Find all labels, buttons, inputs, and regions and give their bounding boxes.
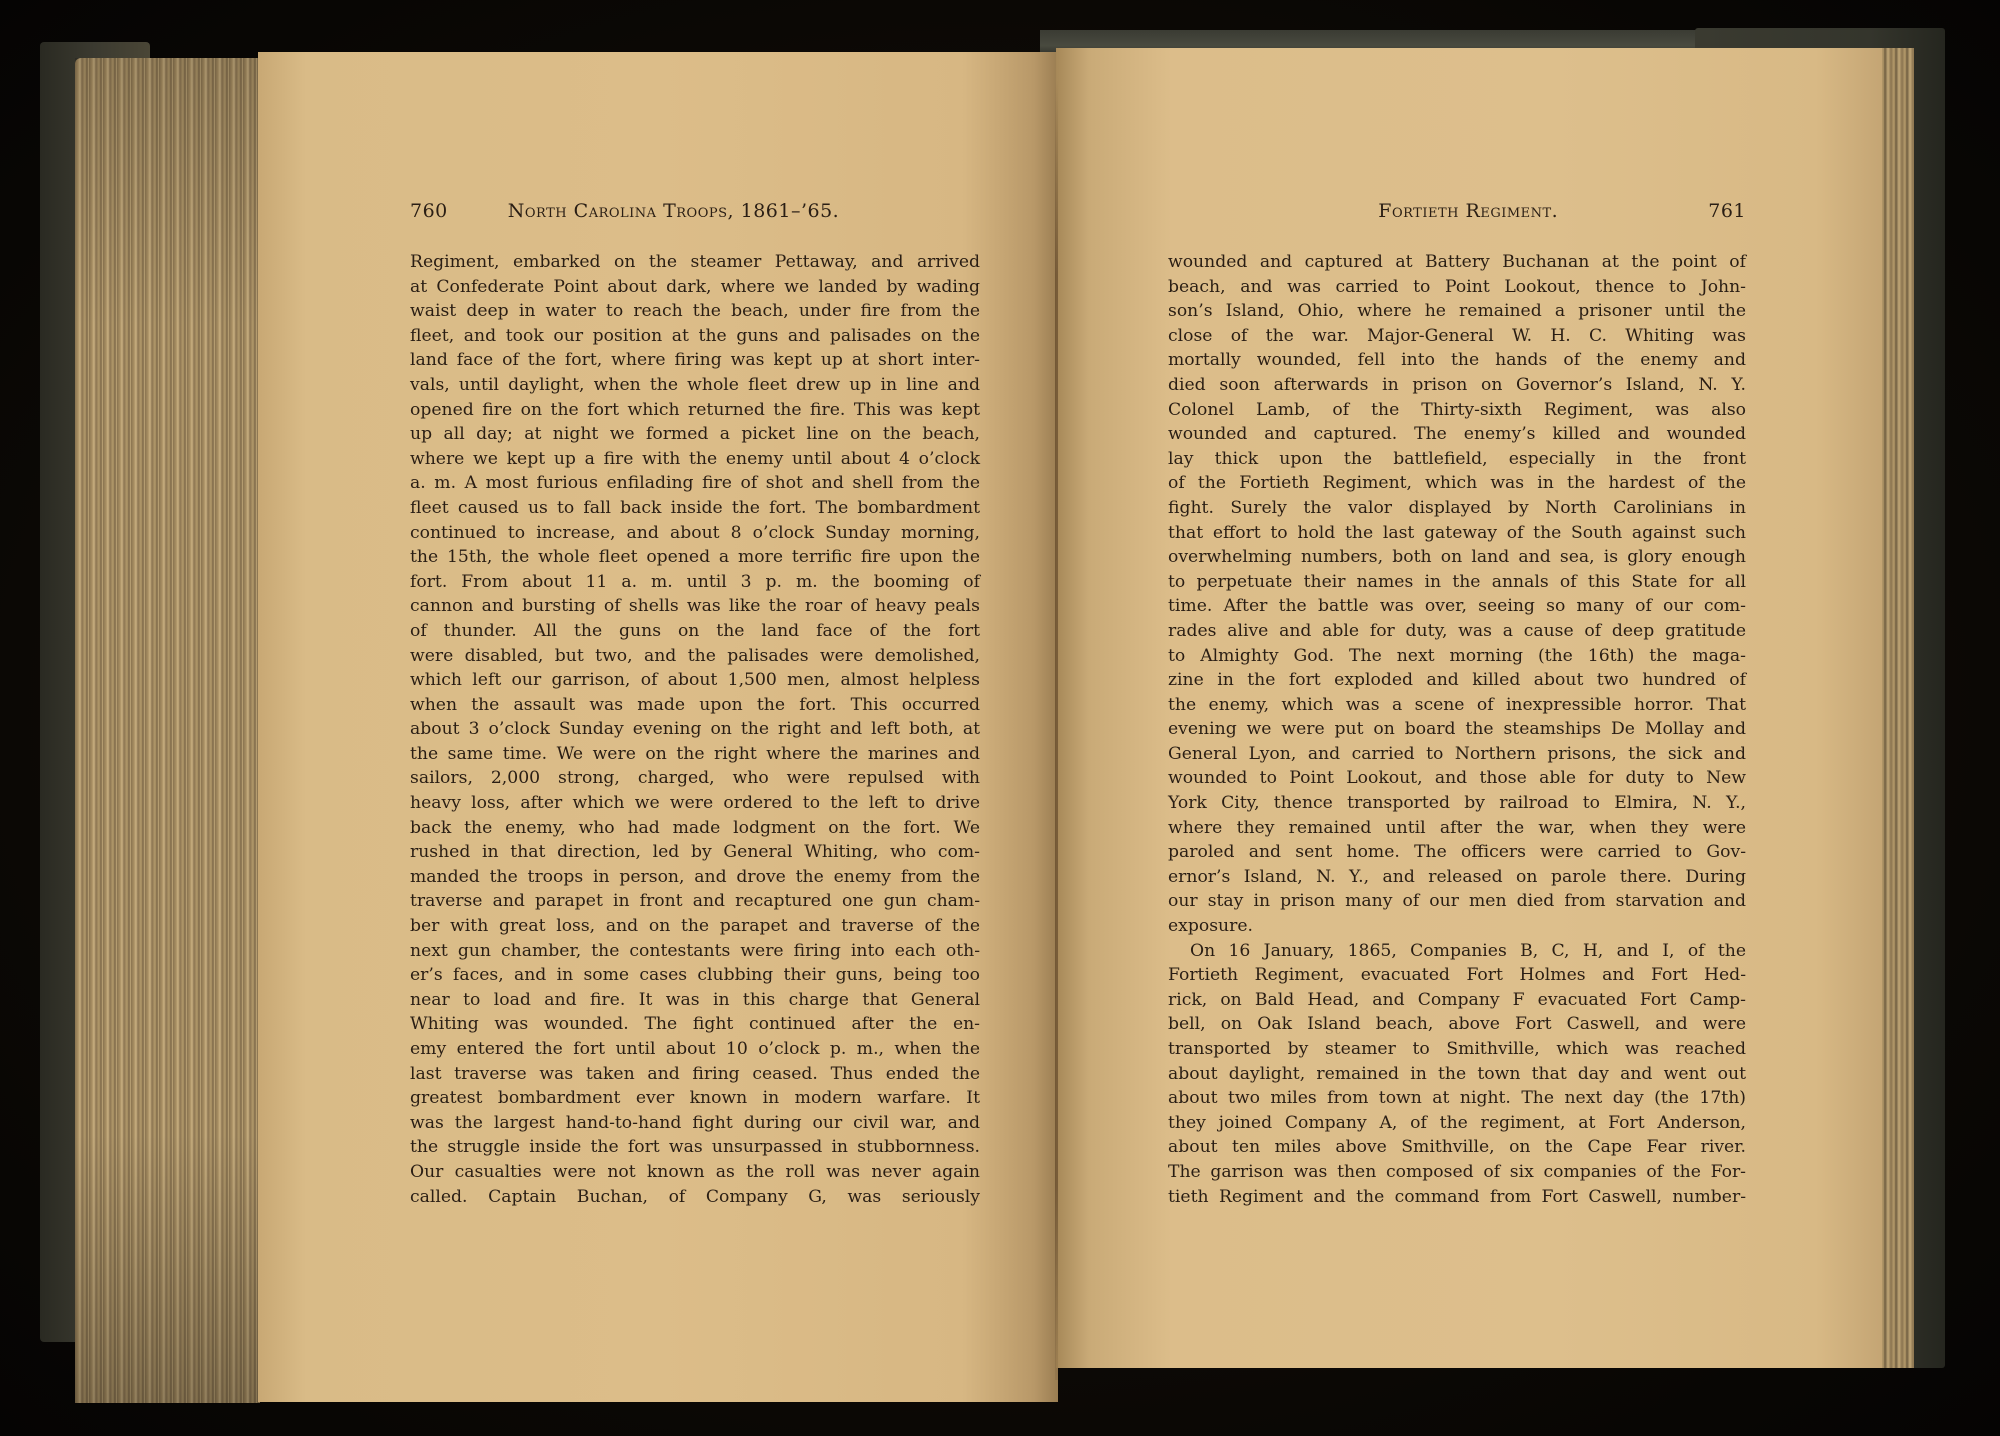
text-line: overwhelming numbers, both on land and s…	[1168, 545, 1746, 570]
running-head-title: North Carolina Troops, 1861–’65.	[448, 200, 980, 222]
text-line: mortally wounded, fell into the hands of…	[1168, 348, 1746, 373]
text-line: Colonel Lamb, of the Thirty-sixth Regime…	[1168, 398, 1746, 423]
text-line: beach, and was carried to Point Lookout,…	[1168, 275, 1746, 300]
text-line: transported by steamer to Smithville, wh…	[1168, 1037, 1746, 1062]
text-line: at Confederate Point about dark, where w…	[410, 275, 980, 300]
right-running-head: Fortieth Regiment. 761	[1168, 200, 1746, 222]
text-line: opened fire on the fort which returned t…	[410, 398, 980, 423]
text-line: called. Captain Buchan, of Company G, wa…	[410, 1185, 980, 1210]
text-line: about daylight, remained in the town tha…	[1168, 1062, 1746, 1087]
text-line: about ten miles above Smithville, on the…	[1168, 1135, 1746, 1160]
text-line: wounded and captured at Battery Buchanan…	[1168, 250, 1746, 275]
text-line: The garrison was then composed of six co…	[1168, 1160, 1746, 1185]
text-line: they joined Company A, of the regiment, …	[1168, 1111, 1746, 1136]
text-line: rades alive and able for duty, was a cau…	[1168, 619, 1746, 644]
text-line: manded the troops in person, and drove t…	[410, 865, 980, 890]
text-line: of the Fortieth Regiment, which was in t…	[1168, 471, 1746, 496]
text-line: rushed in that direction, led by General…	[410, 840, 980, 865]
text-line: wounded to Point Lookout, and those able…	[1168, 766, 1746, 791]
text-line: about 3 o’clock Sunday evening on the ri…	[410, 717, 980, 742]
text-line: er’s faces, and in some cases clubbing t…	[410, 963, 980, 988]
text-line: ernor’s Island, N. Y., and released on p…	[1168, 865, 1746, 890]
text-line: bell, on Oak Island beach, above Fort Ca…	[1168, 1012, 1746, 1037]
text-line: land face of the fort, where firing was …	[410, 348, 980, 373]
text-line: where we kept up a fire with the enemy u…	[410, 447, 980, 472]
text-line: evening we were put on board the steamsh…	[1168, 717, 1746, 742]
text-line: of thunder. All the guns on the land fac…	[410, 619, 980, 644]
right-page-edges	[1880, 48, 1914, 1368]
text-line: Whiting was wounded. The fight continued…	[410, 1012, 980, 1037]
text-line: up all day; at night we formed a picket …	[410, 422, 980, 447]
text-line: next gun chamber, the contestants were f…	[410, 939, 980, 964]
text-line: On 16 January, 1865, Companies B, C, H, …	[1168, 939, 1746, 964]
text-line: fleet, and took our position at the guns…	[410, 324, 980, 349]
text-line: exposure.	[1168, 914, 1746, 939]
text-line: that effort to hold the last gateway of …	[1168, 521, 1746, 546]
text-line: was the largest hand-to-hand fight durin…	[410, 1111, 980, 1136]
right-page-content: Fortieth Regiment. 761 wounded and captu…	[1168, 200, 1746, 1209]
text-line: rick, on Bald Head, and Company F evacua…	[1168, 988, 1746, 1013]
left-body-text: Regiment, embarked on the steamer Pettaw…	[410, 250, 980, 1209]
text-line: wounded and captured. The enemy’s killed…	[1168, 422, 1746, 447]
page-number: 761	[1708, 200, 1746, 222]
text-line: paroled and sent home. The officers were…	[1168, 840, 1746, 865]
text-line: our stay in prison many of our men died …	[1168, 889, 1746, 914]
left-page: 760 North Carolina Troops, 1861–’65. Reg…	[258, 52, 1058, 1402]
text-line: the 15th, the whole fleet opened a more …	[410, 545, 980, 570]
text-line: fight. Surely the valor displayed by Nor…	[1168, 496, 1746, 521]
text-line: continued to increase, and about 8 o’clo…	[410, 521, 980, 546]
text-line: York City, thence transported by railroa…	[1168, 791, 1746, 816]
text-line: when the assault was made upon the fort.…	[410, 693, 980, 718]
text-line: to Almighty God. The next morning (the 1…	[1168, 644, 1746, 669]
text-line: Regiment, embarked on the steamer Pettaw…	[410, 250, 980, 275]
text-line: zine in the fort exploded and killed abo…	[1168, 668, 1746, 693]
text-line: Fortieth Regiment, evacuated Fort Holmes…	[1168, 963, 1746, 988]
left-page-content: 760 North Carolina Troops, 1861–’65. Reg…	[410, 200, 980, 1209]
book-gutter	[1055, 80, 1058, 1380]
text-line: near to load and fire. It was in this ch…	[410, 988, 980, 1013]
text-line: ber with great loss, and on the parapet …	[410, 914, 980, 939]
text-line: greatest bombardment ever known in moder…	[410, 1086, 980, 1111]
text-line: close of the war. Major-General W. H. C.…	[1168, 324, 1746, 349]
text-line: waist deep in water to reach the beach, …	[410, 299, 980, 324]
text-line: fort. From about 11 a. m. until 3 p. m. …	[410, 570, 980, 595]
right-body-text: wounded and captured at Battery Buchanan…	[1168, 250, 1746, 1209]
text-line: time. After the battle was over, seeing …	[1168, 594, 1746, 619]
left-page-edges	[75, 58, 260, 1403]
text-line: Our casualties were not known as the rol…	[410, 1160, 980, 1185]
text-line: son’s Island, Ohio, where he remained a …	[1168, 299, 1746, 324]
text-line: heavy loss, after which we were ordered …	[410, 791, 980, 816]
running-head-title: Fortieth Regiment.	[1168, 200, 1708, 222]
text-line: lay thick upon the battlefield, especial…	[1168, 447, 1746, 472]
text-line: vals, until daylight, when the whole fle…	[410, 373, 980, 398]
text-line: cannon and bursting of shells was like t…	[410, 594, 980, 619]
text-line: where they remained until after the war,…	[1168, 816, 1746, 841]
page-number: 760	[410, 200, 448, 222]
text-line: last traverse was taken and firing cease…	[410, 1062, 980, 1087]
text-line: sailors, 2,000 strong, charged, who were…	[410, 766, 980, 791]
right-page: Fortieth Regiment. 761 wounded and captu…	[1056, 48, 1882, 1368]
book-spread-scan: 760 North Carolina Troops, 1861–’65. Reg…	[0, 0, 2000, 1436]
left-running-head: 760 North Carolina Troops, 1861–’65.	[410, 200, 980, 222]
text-line: were disabled, but two, and the palisade…	[410, 644, 980, 669]
text-line: emy entered the fort until about 10 o’cl…	[410, 1037, 980, 1062]
text-line: fleet caused us to fall back inside the …	[410, 496, 980, 521]
text-line: traverse and parapet in front and recapt…	[410, 889, 980, 914]
text-line: about two miles from town at night. The …	[1168, 1086, 1746, 1111]
text-line: the struggle inside the fort was unsurpa…	[410, 1135, 980, 1160]
text-line: tieth Regiment and the command from Fort…	[1168, 1185, 1746, 1210]
text-line: General Lyon, and carried to Northern pr…	[1168, 742, 1746, 767]
text-line: died soon afterwards in prison on Govern…	[1168, 373, 1746, 398]
text-line: the same time. We were on the right wher…	[410, 742, 980, 767]
text-line: a. m. A most furious enfilading fire of …	[410, 471, 980, 496]
text-line: back the enemy, who had made lodgment on…	[410, 816, 980, 841]
text-line: which left our garrison, of about 1,500 …	[410, 668, 980, 693]
text-line: to perpetuate their names in the annals …	[1168, 570, 1746, 595]
text-line: the enemy, which was a scene of inexpres…	[1168, 693, 1746, 718]
